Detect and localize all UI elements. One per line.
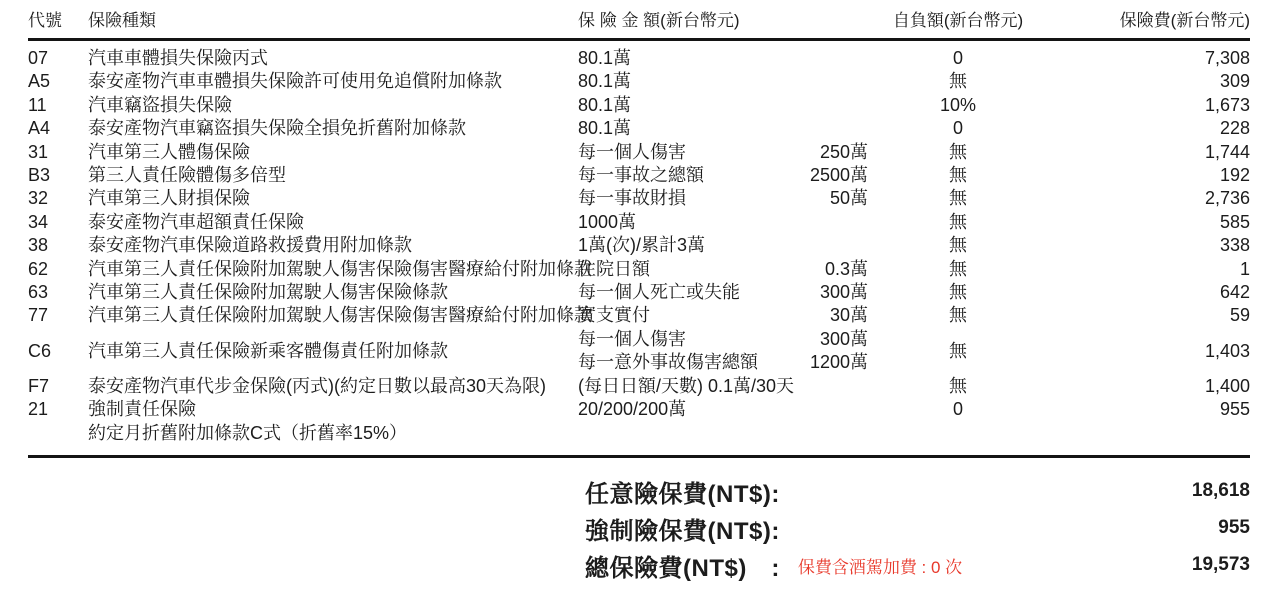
header-insured-amount: 保 險 金 額(新台幣元) [578, 8, 868, 34]
row-insurance-type-line: 第三人責任險體傷多倍型 [88, 164, 578, 187]
row-premium: 1,673 [1048, 94, 1250, 117]
row-insurance-type: 泰安產物汽車車體損失保險許可使用免追償附加條款 [88, 70, 578, 93]
amount-description: 每一個人傷害 [578, 328, 686, 351]
amount-line: 每一事故財損50萬 [578, 187, 868, 210]
row-premium: 228 [1048, 117, 1250, 140]
amount-value: 50萬 [830, 187, 868, 210]
header-deductible: 自負額(新台幣元) [868, 8, 1048, 34]
table-row: 21強制責任保險約定月折舊附加條款C式（折舊率15%）20/200/200萬09… [28, 398, 1250, 445]
row-insured-amount: 每一事故之總額2500萬 [578, 164, 868, 187]
header-code: 代號 [28, 8, 88, 34]
amount-description: 80.1萬 [578, 117, 631, 140]
total-row: 強制險保費(NT$):955 [28, 510, 1250, 547]
row-premium: 338 [1048, 234, 1250, 257]
total-label: 總保險費(NT$) : [585, 548, 780, 583]
amount-description: 每一意外事故傷害總額 [578, 351, 758, 374]
row-premium: 1,400 [1048, 375, 1250, 398]
row-premium: 585 [1048, 211, 1250, 234]
row-code: 38 [28, 234, 88, 257]
total-label: 任意險保費(NT$): [585, 474, 780, 509]
amount-description: 80.1萬 [578, 94, 631, 117]
row-insurance-type-line: 汽車車體損失保險丙式 [88, 47, 578, 70]
row-insurance-type-line: 汽車第三人責任保險附加駕駛人傷害保險傷害醫療給付附加條款 [88, 304, 578, 327]
row-insured-amount: 80.1萬 [578, 47, 868, 70]
row-insured-amount: 80.1萬 [578, 94, 868, 117]
row-code: 21 [28, 398, 88, 421]
amount-description: 每一個人死亡或失能 [578, 281, 740, 304]
amount-description: 每一事故之總額 [578, 164, 704, 187]
footer-divider-rule [28, 455, 1250, 458]
row-premium: 955 [1048, 398, 1250, 421]
amount-value: 300萬 [820, 328, 868, 351]
row-premium: 1,744 [1048, 141, 1250, 164]
total-label: 強制險保費(NT$): [585, 511, 780, 546]
row-insurance-type: 泰安產物汽車代步金保險(丙式)(約定日數以最高30天為限) [88, 375, 578, 398]
table-row: A4泰安產物汽車竊盜損失保險全損免折舊附加條款80.1萬0228 [28, 117, 1250, 140]
row-insurance-type-line: 泰安產物汽車保險道路救援費用附加條款 [88, 234, 578, 257]
amount-description: 1000萬 [578, 211, 636, 234]
row-code: 77 [28, 304, 88, 327]
row-insured-amount: 1萬(次)/累計3萬 [578, 234, 868, 257]
table-row: 62汽車第三人責任保險附加駕駛人傷害保險傷害醫療給付附加條款住院日額0.3萬無1 [28, 258, 1250, 281]
row-premium: 642 [1048, 281, 1250, 304]
amount-description: 每一事故財損 [578, 187, 686, 210]
row-deductible: 無 [868, 70, 1048, 93]
table-row: 63汽車第三人責任保險附加駕駛人傷害保險條款每一個人死亡或失能300萬無642 [28, 281, 1250, 304]
row-insured-amount: 每一個人傷害300萬每一意外事故傷害總額1200萬 [578, 328, 868, 375]
row-insurance-type: 強制責任保險約定月折舊附加條款C式（折舊率15%） [88, 398, 578, 445]
row-code: 63 [28, 281, 88, 304]
row-code: A4 [28, 117, 88, 140]
row-insured-amount: 20/200/200萬 [578, 398, 868, 421]
amount-line: 1000萬 [578, 211, 868, 234]
amount-value: 2500萬 [810, 164, 868, 187]
totals-section: 任意險保費(NT$):18,618強制險保費(NT$):955總保險費(NT$)… [28, 473, 1250, 584]
row-insurance-type: 汽車第三人體傷保險 [88, 141, 578, 164]
row-insurance-type: 泰安產物汽車竊盜損失保險全損免折舊附加條款 [88, 117, 578, 140]
row-insured-amount: (每日日額/天數) 0.1萬/30天 [578, 375, 868, 398]
table-row: 77汽車第三人責任保險附加駕駛人傷害保險傷害醫療給付附加條款實支實付30萬無59 [28, 304, 1250, 327]
row-code: 62 [28, 258, 88, 281]
row-insured-amount: 每一個人死亡或失能300萬 [578, 281, 868, 304]
row-code: 07 [28, 47, 88, 70]
row-insurance-type-line: 泰安產物汽車超額責任保險 [88, 211, 578, 234]
amount-description: 每一個人傷害 [578, 141, 686, 164]
row-code: C6 [28, 340, 88, 363]
amount-line: 每一意外事故傷害總額1200萬 [578, 351, 868, 374]
amount-line: 每一個人傷害300萬 [578, 328, 868, 351]
amount-description: 住院日額 [578, 258, 650, 281]
row-code: 32 [28, 187, 88, 210]
amount-line: 每一個人死亡或失能300萬 [578, 281, 868, 304]
row-insurance-type-line: 汽車第三人體傷保險 [88, 141, 578, 164]
header-premium: 保險費(新台幣元) [1048, 8, 1250, 34]
amount-value: 0.3萬 [825, 258, 868, 281]
total-value: 18,618 [780, 480, 1250, 502]
row-deductible: 無 [868, 141, 1048, 164]
row-insurance-type-line: 汽車第三人責任保險新乘客體傷責任附加條款 [88, 340, 578, 363]
row-deductible: 無 [868, 258, 1048, 281]
amount-description: 80.1萬 [578, 47, 631, 70]
row-insurance-type-line: 泰安產物汽車車體損失保險許可使用免追償附加條款 [88, 70, 578, 93]
row-deductible: 0 [868, 117, 1048, 140]
row-insured-amount: 住院日額0.3萬 [578, 258, 868, 281]
amount-value: 300萬 [820, 281, 868, 304]
row-insurance-type-line: 汽車第三人責任保險附加駕駛人傷害保險條款 [88, 281, 578, 304]
table-row: 34泰安產物汽車超額責任保險1000萬無585 [28, 211, 1250, 234]
row-insured-amount: 實支實付30萬 [578, 304, 868, 327]
amount-line: 80.1萬 [578, 94, 868, 117]
row-insured-amount: 80.1萬 [578, 70, 868, 93]
row-premium: 1 [1048, 258, 1250, 281]
row-insurance-type: 汽車第三人責任保險附加駕駛人傷害保險傷害醫療給付附加條款 [88, 304, 578, 327]
row-code: 34 [28, 211, 88, 234]
amount-description: 實支實付 [578, 304, 650, 327]
amount-line: 80.1萬 [578, 70, 868, 93]
total-row: 任意險保費(NT$):18,618 [28, 473, 1250, 510]
table-row: 38泰安產物汽車保險道路救援費用附加條款1萬(次)/累計3萬無338 [28, 234, 1250, 257]
row-premium: 7,308 [1048, 47, 1250, 70]
amount-description: 1萬(次)/累計3萬 [578, 234, 705, 257]
table-row: C6汽車第三人責任保險新乘客體傷責任附加條款每一個人傷害300萬每一意外事故傷害… [28, 328, 1250, 375]
row-insurance-type: 汽車第三人責任保險附加駕駛人傷害保險條款 [88, 281, 578, 304]
amount-line: 1萬(次)/累計3萬 [578, 234, 868, 257]
row-insured-amount: 1000萬 [578, 211, 868, 234]
row-insurance-type: 泰安產物汽車保險道路救援費用附加條款 [88, 234, 578, 257]
table-header-row: 代號 保險種類 保 險 金 額(新台幣元) 自負額(新台幣元) 保險費(新台幣元… [28, 8, 1250, 34]
row-code: F7 [28, 375, 88, 398]
amount-line: 80.1萬 [578, 47, 868, 70]
row-deductible: 無 [868, 375, 1048, 398]
table-row: F7泰安產物汽車代步金保險(丙式)(約定日數以最高30天為限)(每日日額/天數)… [28, 375, 1250, 398]
row-deductible: 無 [868, 187, 1048, 210]
row-deductible: 無 [868, 234, 1048, 257]
total-row: 總保險費(NT$) :保費含酒駕加費 : 0 次19,573 [28, 547, 1250, 584]
amount-value: 250萬 [820, 141, 868, 164]
row-insurance-type: 汽車車體損失保險丙式 [88, 47, 578, 70]
amount-description: 20/200/200萬 [578, 398, 686, 421]
header-insurance-type: 保險種類 [88, 8, 578, 34]
row-premium: 1,403 [1048, 340, 1250, 363]
total-note-dui-surcharge: 保費含酒駕加費 : 0 次 [798, 553, 962, 578]
amount-line: 每一事故之總額2500萬 [578, 164, 868, 187]
row-insurance-type-line: 汽車竊盜損失保險 [88, 94, 578, 117]
row-deductible: 0 [868, 47, 1048, 70]
amount-description: 80.1萬 [578, 70, 631, 93]
row-deductible: 無 [868, 211, 1048, 234]
row-insurance-type: 汽車竊盜損失保險 [88, 94, 578, 117]
row-insurance-type-line: 強制責任保險 [88, 398, 578, 421]
row-deductible: 無 [868, 340, 1048, 363]
row-code: 31 [28, 141, 88, 164]
row-deductible: 0 [868, 398, 1048, 421]
row-insured-amount: 每一事故財損50萬 [578, 187, 868, 210]
row-insurance-type-line: 汽車第三人責任保險附加駕駛人傷害保險傷害醫療給付附加條款 [88, 258, 578, 281]
table-row: 11汽車竊盜損失保險80.1萬10%1,673 [28, 94, 1250, 117]
row-insurance-type: 第三人責任險體傷多倍型 [88, 164, 578, 187]
row-insurance-type-line: 泰安產物汽車竊盜損失保險全損免折舊附加條款 [88, 117, 578, 140]
amount-line: 住院日額0.3萬 [578, 258, 868, 281]
row-deductible: 10% [868, 94, 1048, 117]
amount-line: 80.1萬 [578, 117, 868, 140]
row-code: B3 [28, 164, 88, 187]
row-insured-amount: 每一個人傷害250萬 [578, 141, 868, 164]
row-insurance-type: 汽車第三人財損保險 [88, 187, 578, 210]
insurance-premium-table: 代號 保險種類 保 險 金 額(新台幣元) 自負額(新台幣元) 保險費(新台幣元… [0, 0, 1280, 595]
row-code: 11 [28, 94, 88, 117]
row-insurance-type-line: 泰安產物汽車代步金保險(丙式)(約定日數以最高30天為限) [88, 375, 578, 398]
row-deductible: 無 [868, 304, 1048, 327]
amount-value: 30萬 [830, 304, 868, 327]
row-deductible: 無 [868, 281, 1048, 304]
table-body: 07汽車車體損失保險丙式80.1萬07,308A5泰安產物汽車車體損失保險許可使… [28, 41, 1250, 445]
amount-line: 20/200/200萬 [578, 398, 868, 421]
amount-line: (每日日額/天數) 0.1萬/30天 [578, 375, 868, 398]
row-insurance-type: 泰安產物汽車超額責任保險 [88, 211, 578, 234]
table-row: 32汽車第三人財損保險每一事故財損50萬無2,736 [28, 187, 1250, 210]
row-insurance-type-subline: 約定月折舊附加條款C式（折舊率15%） [88, 422, 578, 445]
row-deductible: 無 [868, 164, 1048, 187]
amount-value: 1200萬 [810, 351, 868, 374]
row-premium: 2,736 [1048, 187, 1250, 210]
total-value: 19,573 [962, 554, 1250, 576]
table-row: 31汽車第三人體傷保險每一個人傷害250萬無1,744 [28, 141, 1250, 164]
table-row: 07汽車車體損失保險丙式80.1萬07,308 [28, 47, 1250, 70]
table-row: A5泰安產物汽車車體損失保險許可使用免追償附加條款80.1萬無309 [28, 70, 1250, 93]
row-premium: 309 [1048, 70, 1250, 93]
total-value: 955 [780, 517, 1250, 539]
row-insurance-type: 汽車第三人責任保險新乘客體傷責任附加條款 [88, 340, 578, 363]
row-insurance-type-line: 汽車第三人財損保險 [88, 187, 578, 210]
row-premium: 59 [1048, 304, 1250, 327]
row-insured-amount: 80.1萬 [578, 117, 868, 140]
amount-description: (每日日額/天數) 0.1萬/30天 [578, 375, 794, 398]
row-premium: 192 [1048, 164, 1250, 187]
row-code: A5 [28, 70, 88, 93]
amount-line: 實支實付30萬 [578, 304, 868, 327]
row-insurance-type: 汽車第三人責任保險附加駕駛人傷害保險傷害醫療給付附加條款 [88, 258, 578, 281]
amount-line: 每一個人傷害250萬 [578, 141, 868, 164]
table-row: B3第三人責任險體傷多倍型每一事故之總額2500萬無192 [28, 164, 1250, 187]
